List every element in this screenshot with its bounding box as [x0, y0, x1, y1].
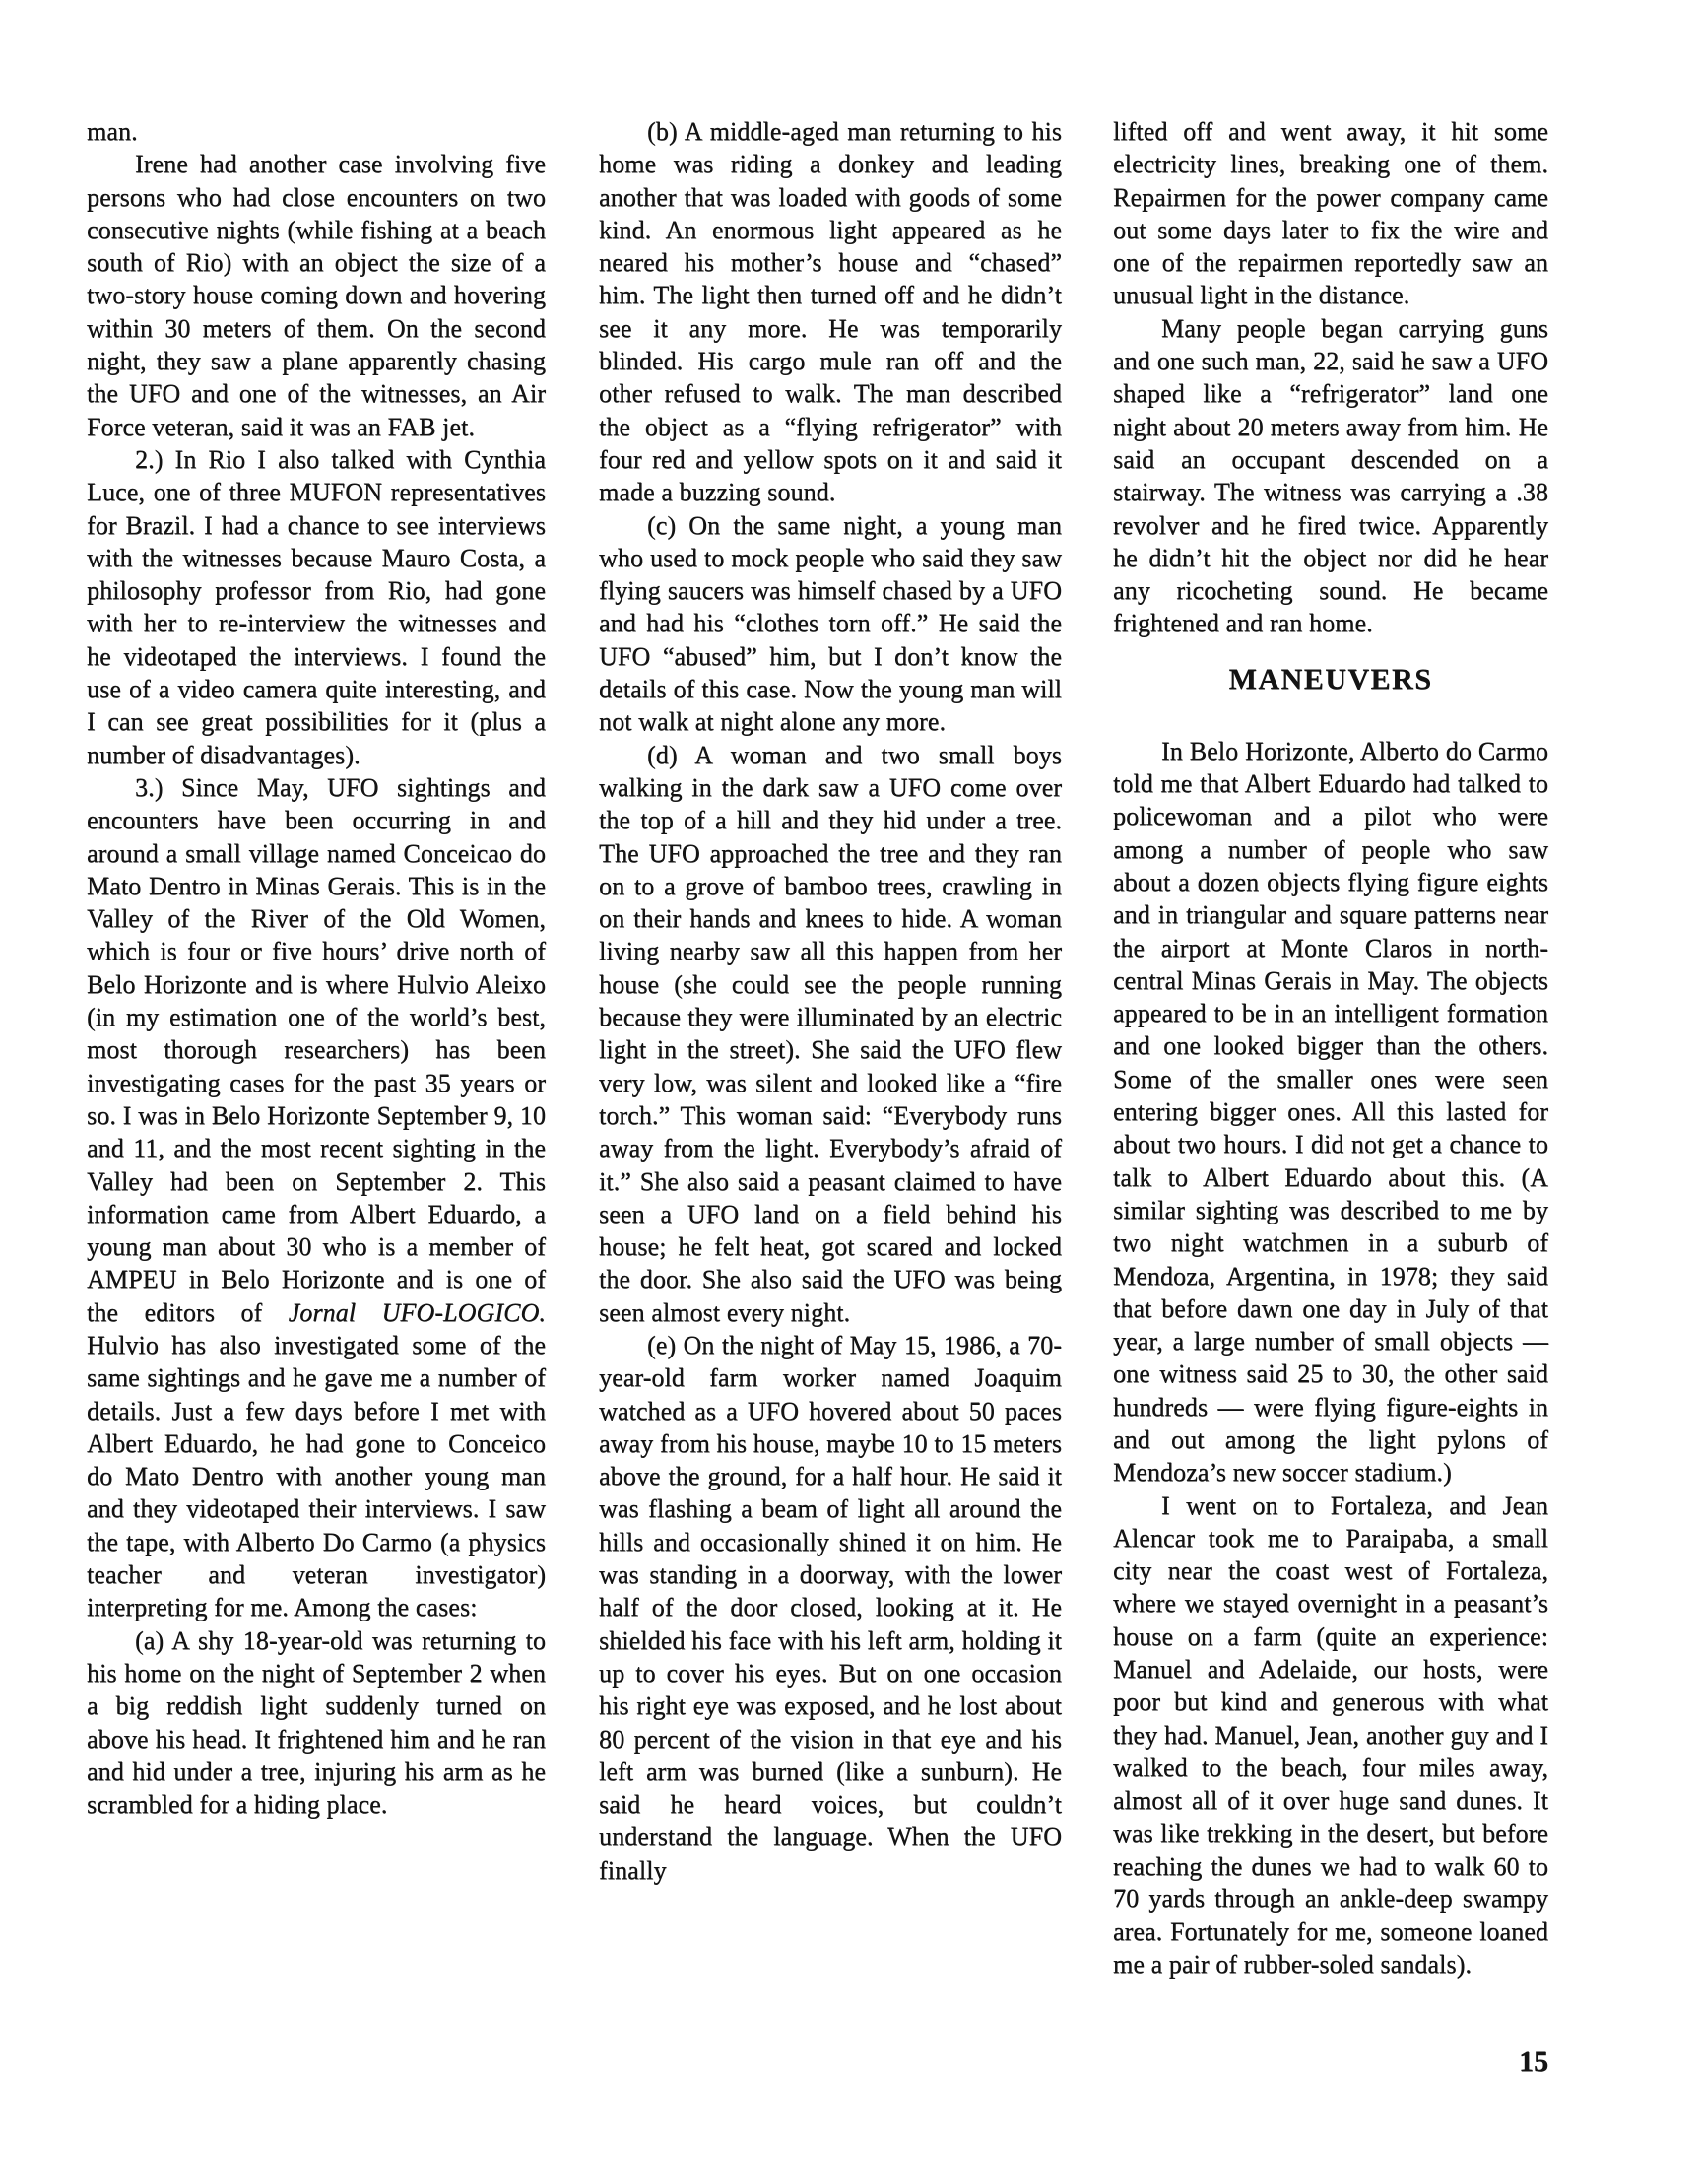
- paragraph: (c) On the same night, a young man who u…: [599, 509, 1062, 739]
- paragraph-text: Hulvio has also investigated some of the…: [87, 1331, 546, 1621]
- paragraph: (d) A woman and two small boys walking i…: [599, 739, 1062, 1329]
- journal-title-italic: Jornal UFO-LOGICO.: [289, 1298, 546, 1327]
- paragraph: man.: [87, 115, 546, 148]
- paragraph: (b) A middle-aged man returning to his h…: [599, 115, 1062, 509]
- paragraph: In Belo Horizonte, Alberto do Carmo told…: [1113, 735, 1548, 1489]
- paragraph-text: 3.) Since May, UFO sightings and encount…: [87, 773, 546, 1327]
- column-1: man. Irene had another case involving fi…: [87, 115, 546, 1820]
- page: man. Irene had another case involving fi…: [0, 0, 1702, 2184]
- paragraph: lifted off and went away, it hit some el…: [1113, 115, 1548, 312]
- page-number: 15: [1468, 2045, 1548, 2079]
- paragraph: Many people began carrying guns and one …: [1113, 312, 1548, 640]
- section-heading-maneuvers: MANEUVERS: [1113, 660, 1548, 699]
- column-3: lifted off and went away, it hit some el…: [1113, 115, 1548, 1981]
- paragraph: 3.) Since May, UFO sightings and encount…: [87, 771, 546, 1624]
- paragraph: Irene had another case involving five pe…: [87, 148, 546, 443]
- paragraph: I went on to Fortaleza, and Jean Alencar…: [1113, 1489, 1548, 1981]
- paragraph: (e) On the night of May 15, 1986, a 70-y…: [599, 1329, 1062, 1886]
- paragraph: (a) A shy 18-year-old was returning to h…: [87, 1624, 546, 1821]
- column-2: (b) A middle-aged man returning to his h…: [599, 115, 1062, 1886]
- paragraph: 2.) In Rio I also talked with Cynthia Lu…: [87, 443, 546, 771]
